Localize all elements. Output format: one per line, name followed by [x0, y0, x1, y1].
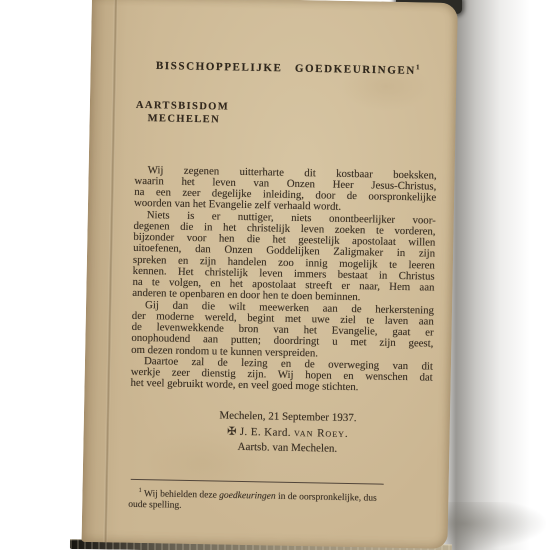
gutter-crease [104, 0, 118, 542]
signature-name-smallcaps: van Roey [294, 427, 345, 440]
maltese-cross-icon: ✠ [227, 424, 240, 437]
scanned-book-page: BISSCHOPPELIJKE GOEDKEURINGEN1 AARTSBISD… [0, 0, 550, 550]
footnote-divider [131, 478, 384, 484]
signature-name-suffix: . [345, 428, 348, 440]
footnote: 1 Wij behielden deze goedkeuringen in de… [128, 484, 430, 516]
footnote-text-post: in de oorspronkelijke, dus [276, 491, 377, 503]
page-title-text: BISSCHOPPELIJKE GOEDKEURINGEN [156, 60, 416, 77]
paragraph: Daartoe zal de lezing en de overweging v… [130, 356, 433, 396]
footnote-italic-word: goedkeuringen [219, 490, 276, 501]
footnote-text-pre: Wij behielden deze [142, 489, 220, 500]
diocese-heading: AARTSBISDOM MECHELEN [136, 99, 438, 131]
printed-text: BISSCHOPPELIJKE GOEDKEURINGEN1 AARTSBISD… [128, 55, 439, 517]
signature-name-prefix: J. E. Kard. [240, 426, 295, 439]
body-text: Wij zegenen uitterharte dit kostbaar boe… [130, 165, 436, 396]
paragraph: Gij dan die wilt meewerken aan de herker… [131, 299, 434, 361]
paragraph: Niets is er nuttiger, niets onontbeerlij… [132, 210, 436, 306]
signature-block: Mechelen, 21 September 1937. ✠J. E. Kard… [129, 406, 432, 458]
book-page: BISSCHOPPELIJKE GOEDKEURINGEN1 AARTSBISD… [82, 0, 458, 549]
title-footnote-marker: 1 [416, 63, 420, 71]
paragraph: Wij zegenen uitterharte dit kostbaar boe… [134, 165, 437, 216]
page-title: BISSCHOPPELIJKE GOEDKEURINGEN1 [137, 55, 439, 79]
